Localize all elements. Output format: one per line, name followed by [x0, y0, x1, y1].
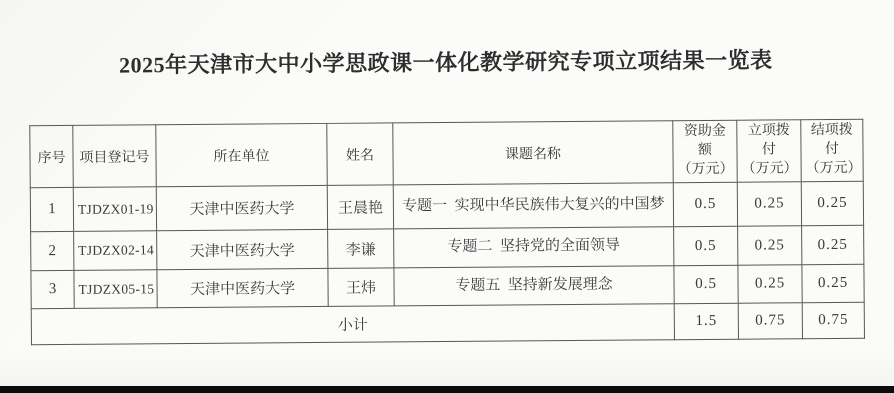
cell-initial-payment: 0.25 [738, 226, 802, 266]
summary-grant-amount: 1.5 [674, 303, 738, 340]
cell-registration: TJDZX05-15 [74, 270, 157, 309]
cell-initial-payment: 0.25 [738, 265, 802, 304]
cell-grant-amount: 0.5 [674, 226, 738, 266]
table-row: 1 TJDZX01-19 天津中医药大学 王晨艳 专题一 实现中华民族伟大复兴的… [30, 181, 863, 232]
column-header-initial-payment: 立项拨付 （万元） [737, 120, 801, 183]
column-header-registration: 项目登记号 [73, 125, 156, 188]
scanned-document-page: 2025年天津市大中小学思政课一体化教学研究专项立项结果一览表 序号 项目登记号… [0, 0, 894, 393]
cell-final-payment: 0.25 [802, 264, 864, 302]
cell-grant-amount: 0.5 [674, 265, 738, 304]
table-row: 3 TJDZX05-15 天津中医药大学 王炜 专题五 坚持新发展理念 0.5 … [31, 264, 864, 309]
cell-name: 王炜 [328, 268, 394, 307]
column-header-topic: 课题名称 [393, 121, 673, 185]
document-title: 2025年天津市大中小学思政课一体化教学研究专项立项结果一览表 [0, 42, 893, 80]
table-header-row: 序号 项目登记号 所在单位 姓名 课题名称 资助金额 （万元） 立项拨付 （万元… [30, 119, 863, 188]
column-header-no: 序号 [30, 125, 73, 187]
summary-final-payment: 0.75 [802, 302, 864, 338]
scanner-edge-strip [0, 386, 894, 393]
cell-topic: 专题一 实现中华民族伟大复兴的中国梦 [393, 183, 673, 229]
scan-tilt-layer: 2025年天津市大中小学思政课一体化教学研究专项立项结果一览表 序号 项目登记号… [0, 0, 894, 393]
cell-no: 1 [30, 187, 73, 231]
cell-name: 李谦 [328, 229, 394, 269]
column-header-grant-amount: 资助金额 （万元） [673, 120, 737, 183]
cell-registration: TJDZX02-14 [74, 231, 157, 271]
cell-organization: 天津中医药大学 [157, 268, 328, 307]
cell-no: 2 [31, 231, 74, 270]
summary-initial-payment: 0.75 [738, 303, 802, 340]
summary-label: 小计 [31, 304, 674, 345]
cell-final-payment: 0.25 [801, 181, 863, 225]
cell-organization: 天津中医药大学 [156, 185, 327, 230]
table-row: 2 TJDZX02-14 天津中医药大学 李谦 专题二 坚持党的全面领导 0.5… [31, 225, 864, 271]
column-header-final-payment: 结项拨付 （万元） [801, 119, 863, 181]
column-header-organization: 所在单位 [156, 123, 327, 186]
cell-final-payment: 0.25 [802, 225, 864, 264]
cell-no: 3 [31, 270, 74, 308]
cell-organization: 天津中医药大学 [157, 229, 328, 269]
cell-initial-payment: 0.25 [737, 182, 801, 227]
cell-topic: 专题二 坚持党的全面领导 [394, 227, 674, 268]
cell-registration: TJDZX01-19 [73, 187, 156, 232]
cell-grant-amount: 0.5 [673, 182, 737, 227]
column-header-name: 姓名 [327, 123, 393, 186]
cell-name: 王晨艳 [327, 185, 393, 230]
results-table: 序号 项目登记号 所在单位 姓名 课题名称 资助金额 （万元） 立项拨付 （万元… [29, 119, 865, 346]
cell-topic: 专题五 坚持新发展理念 [394, 266, 674, 306]
summary-row: 小计 1.5 0.75 0.75 [31, 302, 864, 345]
